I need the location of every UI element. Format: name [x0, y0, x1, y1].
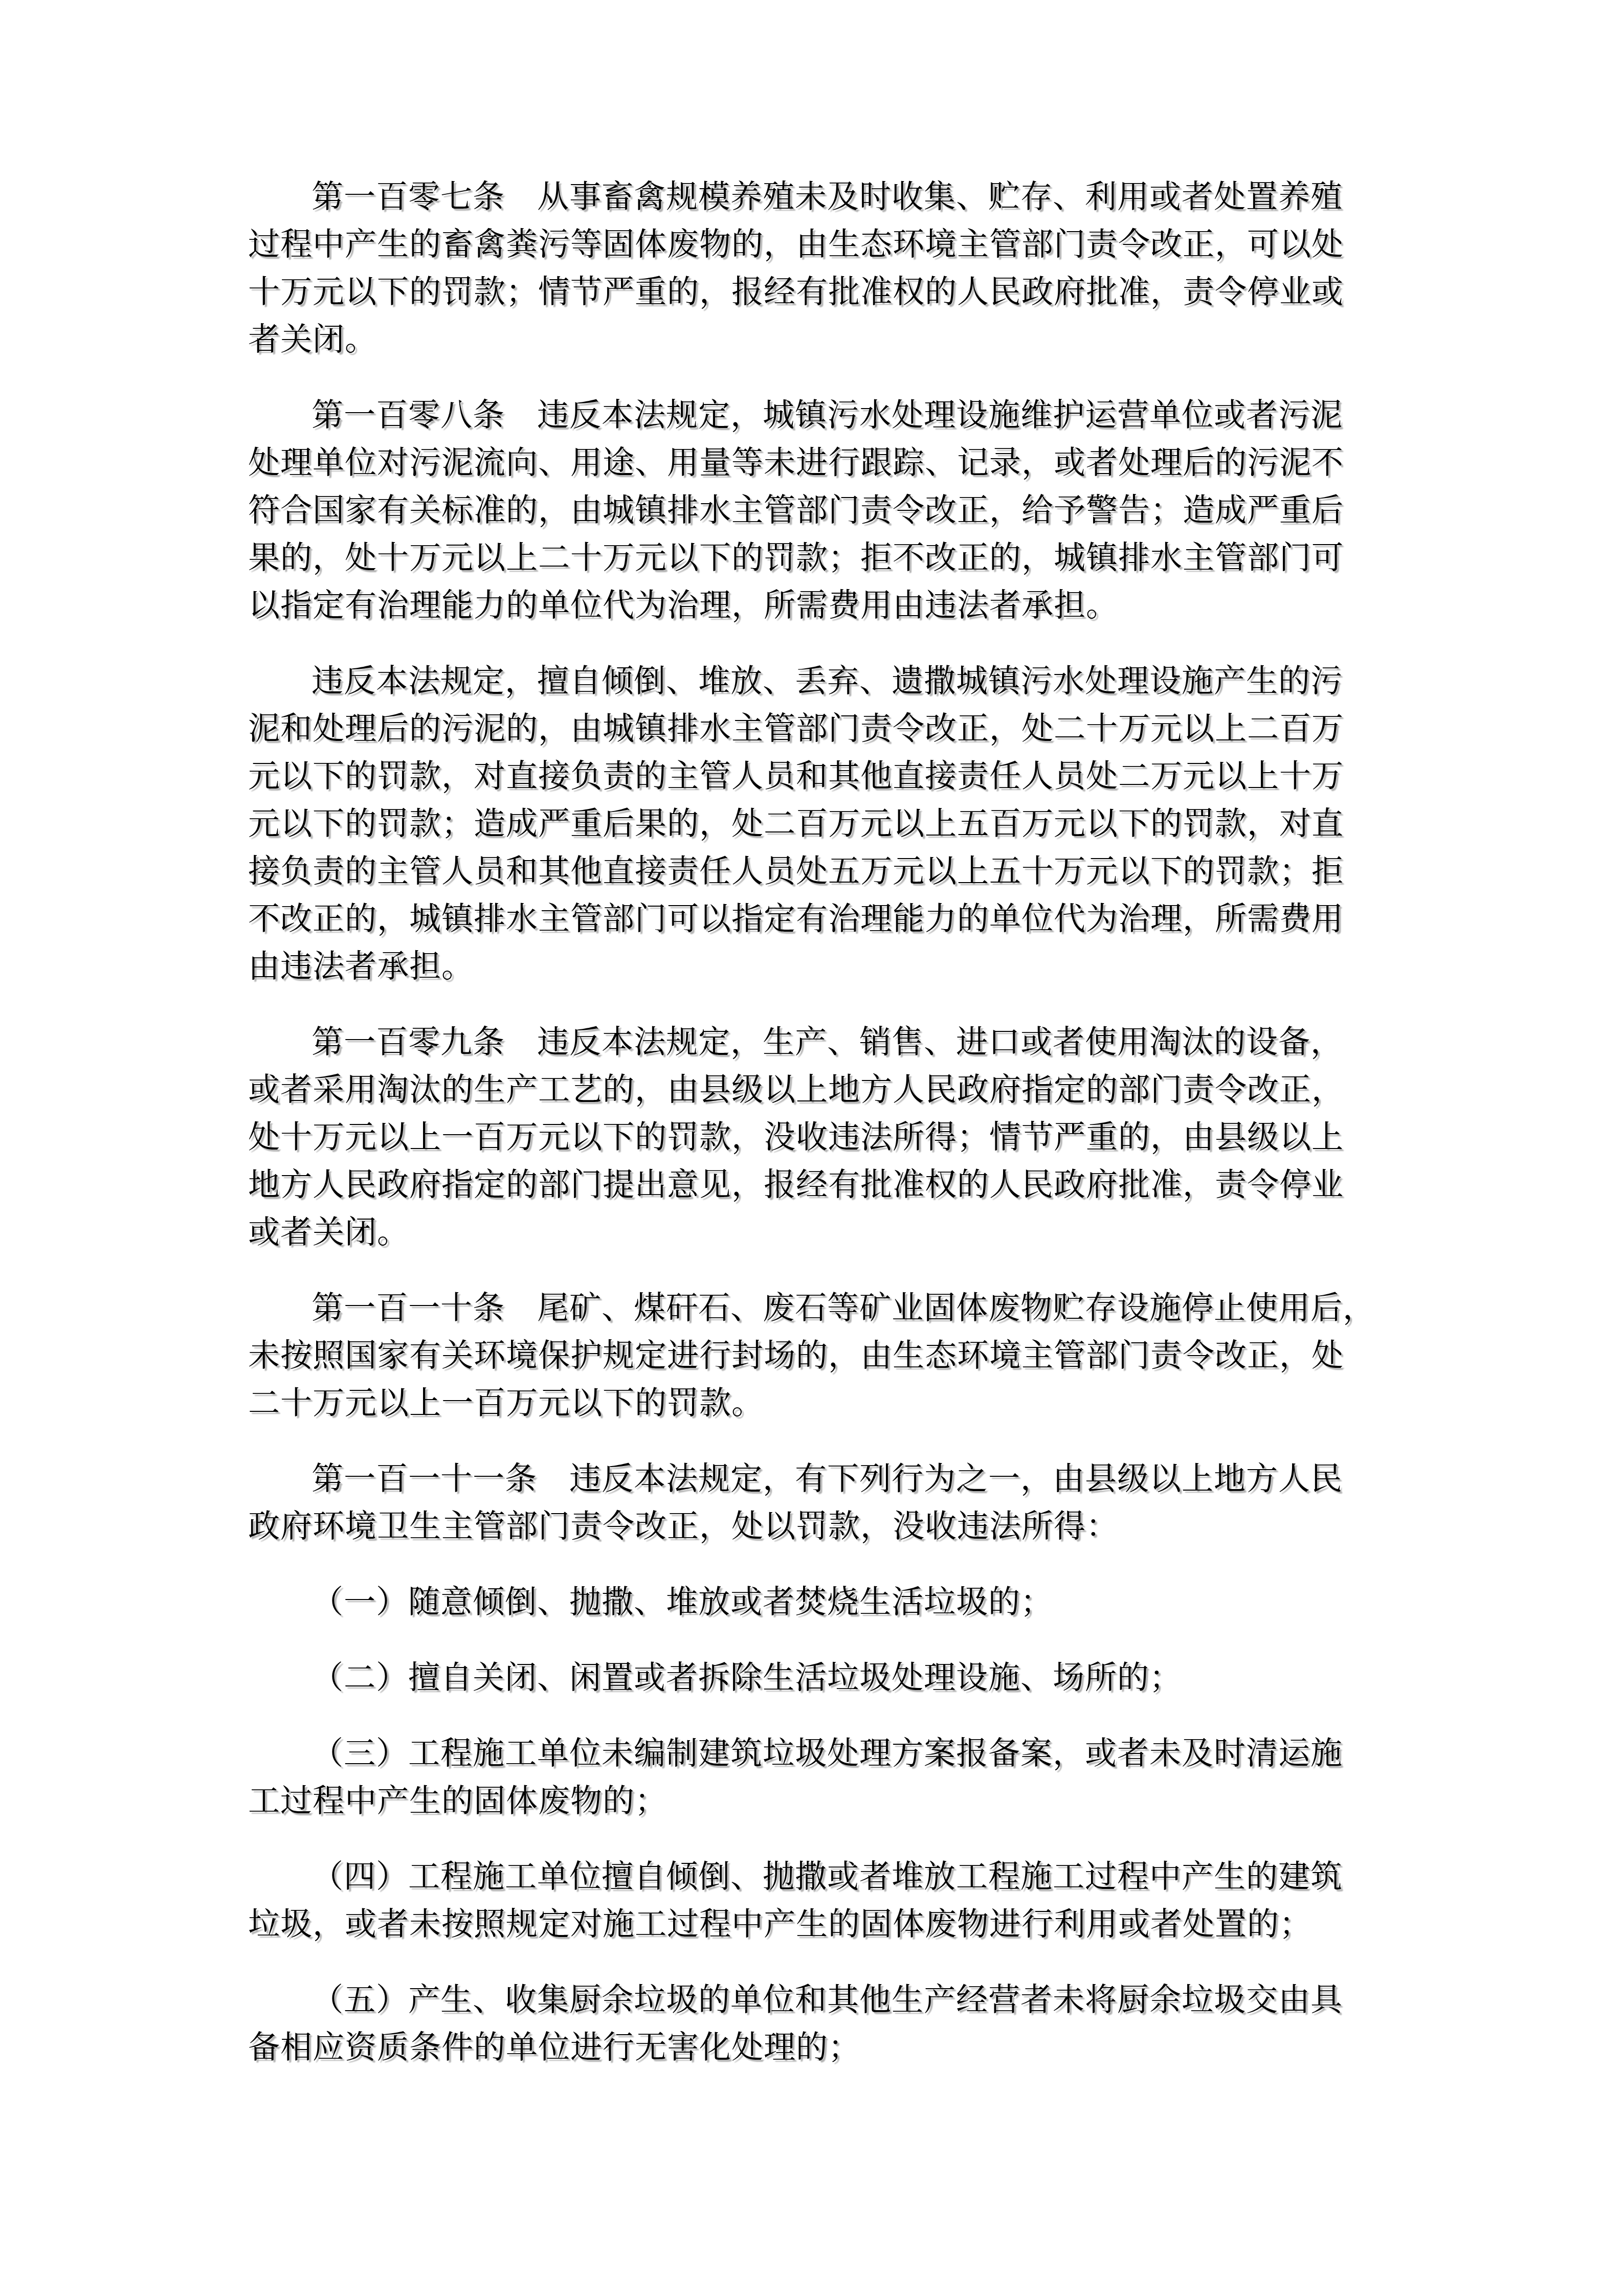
- document-page: 第一百零七条 从事畜禽规模养殖未及时收集、贮存、利用或者处置养殖 过程中产生的畜…: [0, 0, 1624, 2296]
- paragraph-article-111-item-5: （五）产生、收集厨余垃圾的单位和其他生产经营者未将厨余垃圾交由具 备相应资质条件…: [248, 1977, 1394, 2072]
- paragraph-article-109: 第一百零九条 违反本法规定，生产、销售、进口或者使用淘汰的设备， 或者采用淘汰的…: [248, 1019, 1394, 1257]
- paragraph-article-110: 第一百一十条 尾矿、煤矸石、废石等矿业固体废物贮存设施停止使用后， 未按照国家有…: [248, 1285, 1394, 1428]
- paragraph-article-111-item-3: （三）工程施工单位未编制建筑垃圾处理方案报备案，或者未及时清运施 工过程中产生的…: [248, 1730, 1394, 1826]
- paragraph-article-111-item-2: （二）擅自关闭、闲置或者拆除生活垃圾处理设施、场所的；: [248, 1655, 1394, 1702]
- paragraph-article-111: 第一百一十一条 违反本法规定，有下列行为之一，由县级以上地方人民 政府环境卫生主…: [248, 1456, 1394, 1551]
- paragraph-article-111-item-4: （四）工程施工单位擅自倾倒、抛撒或者堆放工程施工过程中产生的建筑 垃圾，或者未按…: [248, 1854, 1394, 1949]
- paragraph-article-107: 第一百零七条 从事畜禽规模养殖未及时收集、贮存、利用或者处置养殖 过程中产生的畜…: [248, 174, 1394, 364]
- paragraph-article-111-item-1: （一）随意倾倒、抛撒、堆放或者焚烧生活垃圾的；: [248, 1579, 1394, 1627]
- paragraph-article-108-clause-2: 违反本法规定，擅自倾倒、堆放、丢弃、遗撒城镇污水处理设施产生的污 泥和处理后的污…: [248, 658, 1394, 991]
- paragraph-article-108: 第一百零八条 违反本法规定，城镇污水处理设施维护运营单位或者污泥 处理单位对污泥…: [248, 392, 1394, 630]
